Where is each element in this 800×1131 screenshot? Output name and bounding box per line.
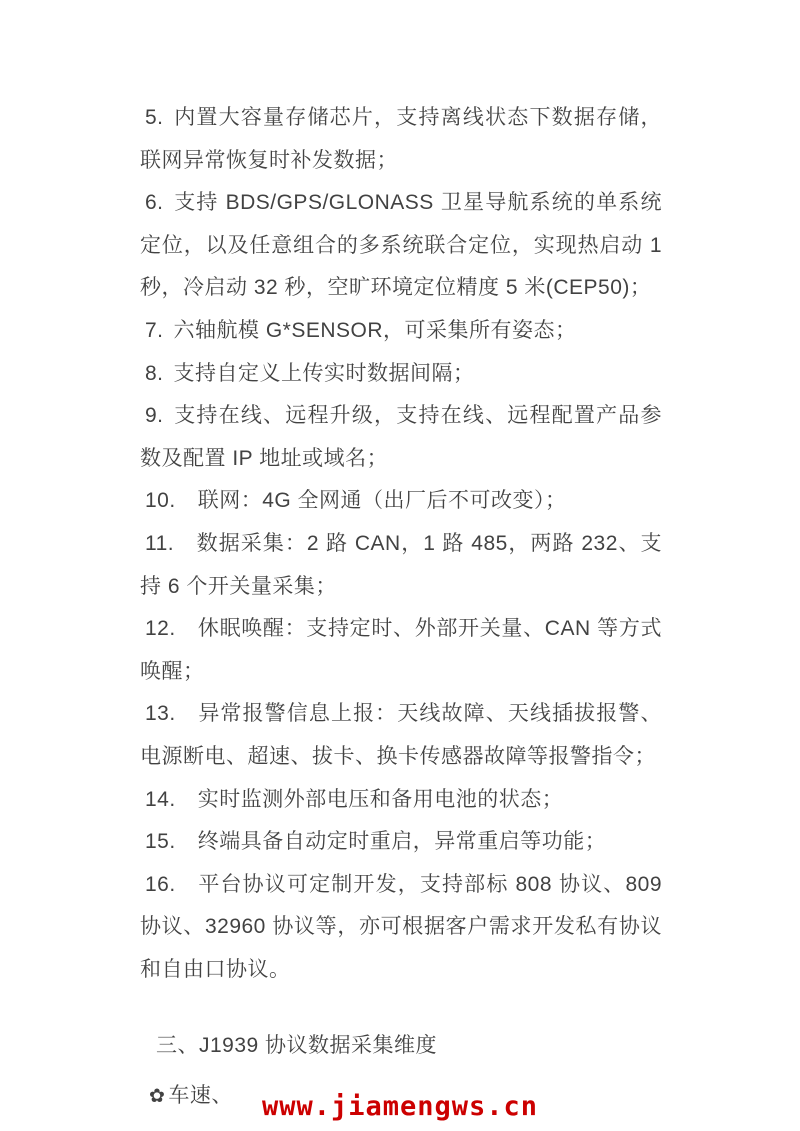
list-item: 5.内置大容量存储芯片，支持离线状态下数据存储，联网异常恢复时补发数据； xyxy=(140,97,662,182)
item-text: 实时监测外部电压和备用电池的状态； xyxy=(198,788,564,811)
watermark: www.jiamengws.cn xyxy=(0,1091,800,1122)
list-item: 14.实时监测外部电压和备用电池的状态； xyxy=(140,779,662,822)
document-page: 5.内置大容量存储芯片，支持离线状态下数据存储，联网异常恢复时补发数据； 6.支… xyxy=(0,0,800,1131)
item-number: 9. xyxy=(145,404,164,427)
list-item: 16.平台协议可定制开发，支持部标 808 协议、809 协议、32960 协议… xyxy=(140,864,662,992)
item-text: 支持 BDS/GPS/GLONASS 卫星导航系统的单系统定位，以及任意组合的多… xyxy=(140,191,662,299)
item-text: 异常报警信息上报：天线故障、天线插拔报警、电源断电、超速、拔卡、换卡传感器故障等… xyxy=(140,702,662,768)
item-number: 16. xyxy=(145,873,176,896)
item-number: 6. xyxy=(145,191,164,214)
list-item: 10.联网：4G 全网通（出厂后不可改变）； xyxy=(140,480,662,523)
item-text: 内置大容量存储芯片，支持离线状态下数据存储，联网异常恢复时补发数据； xyxy=(140,106,662,172)
item-number: 15. xyxy=(145,830,176,853)
document-body: 5.内置大容量存储芯片，支持离线状态下数据存储，联网异常恢复时补发数据； 6.支… xyxy=(140,97,662,1119)
list-item: 12.休眠唤醒：支持定时、外部开关量、CAN 等方式唤醒； xyxy=(140,608,662,693)
item-number: 5. xyxy=(145,106,164,129)
list-item: 7.六轴航模 G*SENSOR，可采集所有姿态； xyxy=(140,310,662,353)
item-text: 六轴航模 G*SENSOR，可采集所有姿态； xyxy=(174,319,577,342)
list-item: 13.异常报警信息上报：天线故障、天线插拔报警、电源断电、超速、拔卡、换卡传感器… xyxy=(140,693,662,778)
item-text: 支持自定义上传实时数据间隔； xyxy=(174,362,475,385)
item-number: 7. xyxy=(145,319,164,342)
item-number: 8. xyxy=(145,362,164,385)
item-text: 数据采集：2 路 CAN，1 路 485，两路 232、支持 6 个开关量采集； xyxy=(140,532,662,598)
item-number: 10. xyxy=(145,489,176,512)
section-heading: 三、J1939 协议数据采集维度 xyxy=(140,1025,662,1068)
list-item: 11.数据采集：2 路 CAN，1 路 485，两路 232、支持 6 个开关量… xyxy=(140,523,662,608)
item-text: 终端具备自动定时重启，异常重启等功能； xyxy=(198,830,607,853)
list-item: 8.支持自定义上传实时数据间隔； xyxy=(140,353,662,396)
item-text: 联网：4G 全网通（出厂后不可改变）； xyxy=(198,489,567,512)
item-number: 12. xyxy=(145,617,176,640)
list-item: 9.支持在线、远程升级，支持在线、远程配置产品参数及配置 IP 地址或域名； xyxy=(140,395,662,480)
list-item: 6.支持 BDS/GPS/GLONASS 卫星导航系统的单系统定位，以及任意组合… xyxy=(140,182,662,310)
item-number: 13. xyxy=(145,702,176,725)
item-text: 支持在线、远程升级，支持在线、远程配置产品参数及配置 IP 地址或域名； xyxy=(140,404,662,470)
list-item: 15.终端具备自动定时重启，异常重启等功能； xyxy=(140,821,662,864)
item-text: 平台协议可定制开发，支持部标 808 协议、809 协议、32960 协议等，亦… xyxy=(140,873,662,981)
item-number: 14. xyxy=(145,788,176,811)
item-text: 休眠唤醒：支持定时、外部开关量、CAN 等方式唤醒； xyxy=(140,617,662,683)
item-number: 11. xyxy=(145,532,174,555)
